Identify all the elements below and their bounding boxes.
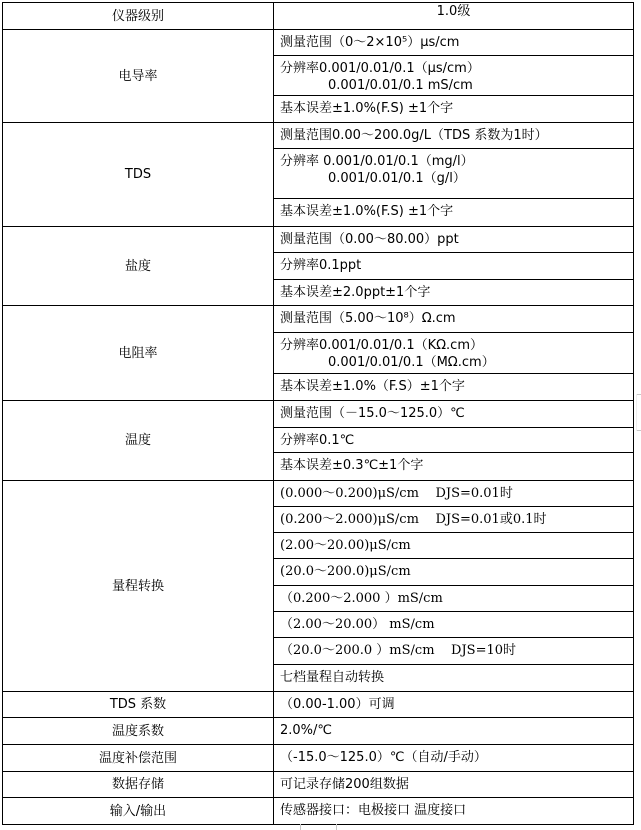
row-temp-coefficient: 温度系数 2.0%/℃	[3, 718, 634, 745]
range-row: (20.0～200.0)μS/cm	[274, 559, 634, 586]
range-row: （2.00～20.00） mS/cm	[274, 612, 634, 638]
row-salinity-range: 盐度 测量范围（0.00～80.00）ppt	[3, 227, 634, 253]
conductivity-label: 电导率	[3, 30, 274, 123]
temp-compensation-value: （-15.0～125.0）℃（自动/手动）	[274, 745, 634, 772]
temperature-label: 温度	[3, 401, 274, 481]
range-row: 七档量程自动转换	[274, 665, 634, 692]
edge-artifact	[637, 430, 641, 431]
range-row: (0.000～0.200)μS/cm DJS=0.01时	[274, 481, 634, 507]
row-io: 输入/输出 传感器接口：电极接口 温度接口	[3, 798, 634, 825]
conductivity-range: 测量范围（0～2×10⁵）μs/cm	[274, 30, 634, 56]
tds-label: TDS	[3, 123, 274, 227]
resistivity-label: 电阻率	[3, 306, 274, 401]
io-value: 传感器接口：电极接口 温度接口	[274, 798, 634, 825]
range-switching-label: 量程转换	[3, 481, 274, 692]
edge-artifact	[300, 824, 301, 830]
edge-artifact	[336, 824, 337, 830]
conductivity-error: 基本误差±1.0%(F.S) ±1个字	[274, 96, 634, 123]
salinity-range: 测量范围（0.00～80.00）ppt	[274, 227, 634, 253]
data-storage-label: 数据存储	[3, 772, 274, 798]
row-range-0: 量程转换 (0.000～0.200)μS/cm DJS=0.01时	[3, 481, 634, 507]
salinity-label: 盐度	[3, 227, 274, 306]
temp-coefficient-label: 温度系数	[3, 718, 274, 745]
spec-table: 仪器级别 1.0级 电导率 测量范围（0～2×10⁵）μs/cm 分辨率0.00…	[2, 2, 634, 825]
salinity-resolution: 分辨率0.1ppt	[274, 253, 634, 280]
temperature-resolution: 分辨率0.1℃	[274, 428, 634, 453]
temperature-range: 测量范围（－15.0～125.0）℃	[274, 401, 634, 428]
resistivity-range: 测量范围（5.00～10⁸）Ω.cm	[274, 306, 634, 333]
tds-coefficient-label: TDS 系数	[3, 692, 274, 718]
row-temp-compensation: 温度补偿范围 （-15.0～125.0）℃（自动/手动）	[3, 745, 634, 772]
edge-artifact	[636, 394, 637, 431]
range-row: (0.200～2.000)μS/cm DJS=0.01或0.1时	[274, 507, 634, 533]
row-temperature-range: 温度 测量范围（－15.0～125.0）℃	[3, 401, 634, 428]
range-row: （0.200～2.000 ）mS/cm	[274, 586, 634, 612]
tds-error: 基本误差±1.0%(F.S) ±1个字	[274, 199, 634, 227]
range-row: (2.00～20.00)μS/cm	[274, 533, 634, 559]
edge-artifact	[637, 394, 641, 395]
tds-coefficient-value: （0.00-1.00）可调	[274, 692, 634, 718]
row-data-storage: 数据存储 可记录存储200组数据	[3, 772, 634, 798]
row-tds-range: TDS 测量范围0.00～200.0g/L（TDS 系数为1时）	[3, 123, 634, 149]
temp-compensation-label: 温度补偿范围	[3, 745, 274, 772]
range-row: （20.0～200.0 ）mS/cm DJS=10时	[274, 638, 634, 665]
conductivity-resolution: 分辨率0.001/0.01/0.1（μs/cm） 0.001/0.01/0.1 …	[274, 56, 634, 96]
data-storage-value: 可记录存储200组数据	[274, 772, 634, 798]
io-label: 输入/输出	[3, 798, 274, 825]
row-conductivity-range: 电导率 测量范围（0～2×10⁵）μs/cm	[3, 30, 634, 56]
row-resistivity-range: 电阻率 测量范围（5.00～10⁸）Ω.cm	[3, 306, 634, 333]
resistivity-error: 基本误差±1.0%（F.S）±1个字	[274, 374, 634, 401]
row-tds-coefficient: TDS 系数 （0.00-1.00）可调	[3, 692, 634, 718]
grade-value: 1.0级	[274, 3, 634, 30]
temperature-error: 基本误差±0.3℃±1个字	[274, 453, 634, 481]
tds-range: 测量范围0.00～200.0g/L（TDS 系数为1时）	[274, 123, 634, 149]
grade-label: 仪器级别	[3, 3, 274, 30]
temp-coefficient-value: 2.0%/℃	[274, 718, 634, 745]
tds-resolution: 分辨率 0.001/0.01/0.1（mg/l） 0.001/0.01/0.1（…	[274, 149, 634, 199]
resistivity-resolution: 分辨率0.001/0.01/0.1（KΩ.cm） 0.001/0.01/0.1（…	[274, 333, 634, 374]
row-grade: 仪器级别 1.0级	[3, 3, 634, 30]
salinity-error: 基本误差±2.0ppt±1个字	[274, 280, 634, 306]
